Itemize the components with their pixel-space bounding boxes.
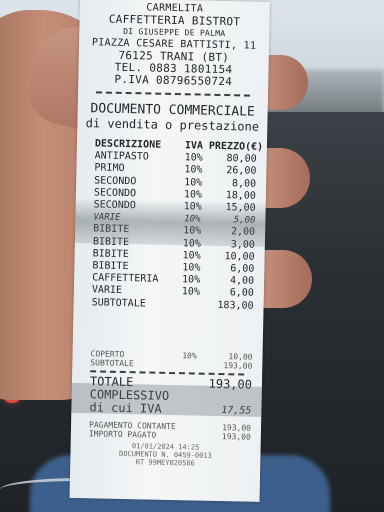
item-vat: 10% [176,274,206,287]
item-vat: 10% [176,250,206,263]
item-price: 80,00 [209,153,257,166]
col-vat: IVA [179,140,209,153]
item-vat: 10% [178,165,208,178]
item-price: 4,00 [206,275,254,288]
receipt: CARMELITA CAFFETTERIA BISTROT DI GIUSEPP… [70,0,270,502]
paid-value: 193,00 [203,432,251,442]
item-vat: 10% [179,152,209,165]
col-price: PREZZO(€) [209,141,257,154]
item-price: 26,00 [208,165,256,178]
shadow [71,383,262,417]
subtotal2-label: SUBTOTALE [90,358,204,369]
item-vat: 10% [178,177,208,190]
item-price: 10,00 [206,251,254,264]
item-price: 6,00 [206,263,254,276]
item-vat: 10% [176,287,206,300]
subtotal-label: SUBTOTALE [91,297,205,312]
receipt-header: CARMELITA CAFFETTERIA BISTROT DI GIUSEPP… [78,0,270,89]
divider [96,91,250,96]
item-price: 6,00 [206,287,254,300]
document-subtitle: di vendita o prestazione [77,116,267,134]
item-price: 8,00 [208,177,256,190]
subtotal2-value: 193,00 [204,361,252,371]
item-vat: 10% [176,262,206,275]
vat-number: P.IVA 08796550724 [78,73,268,89]
shadow [75,198,266,247]
subtotal-value: 183,00 [205,299,253,312]
paid-label: IMPORTO PAGATO [89,429,203,440]
